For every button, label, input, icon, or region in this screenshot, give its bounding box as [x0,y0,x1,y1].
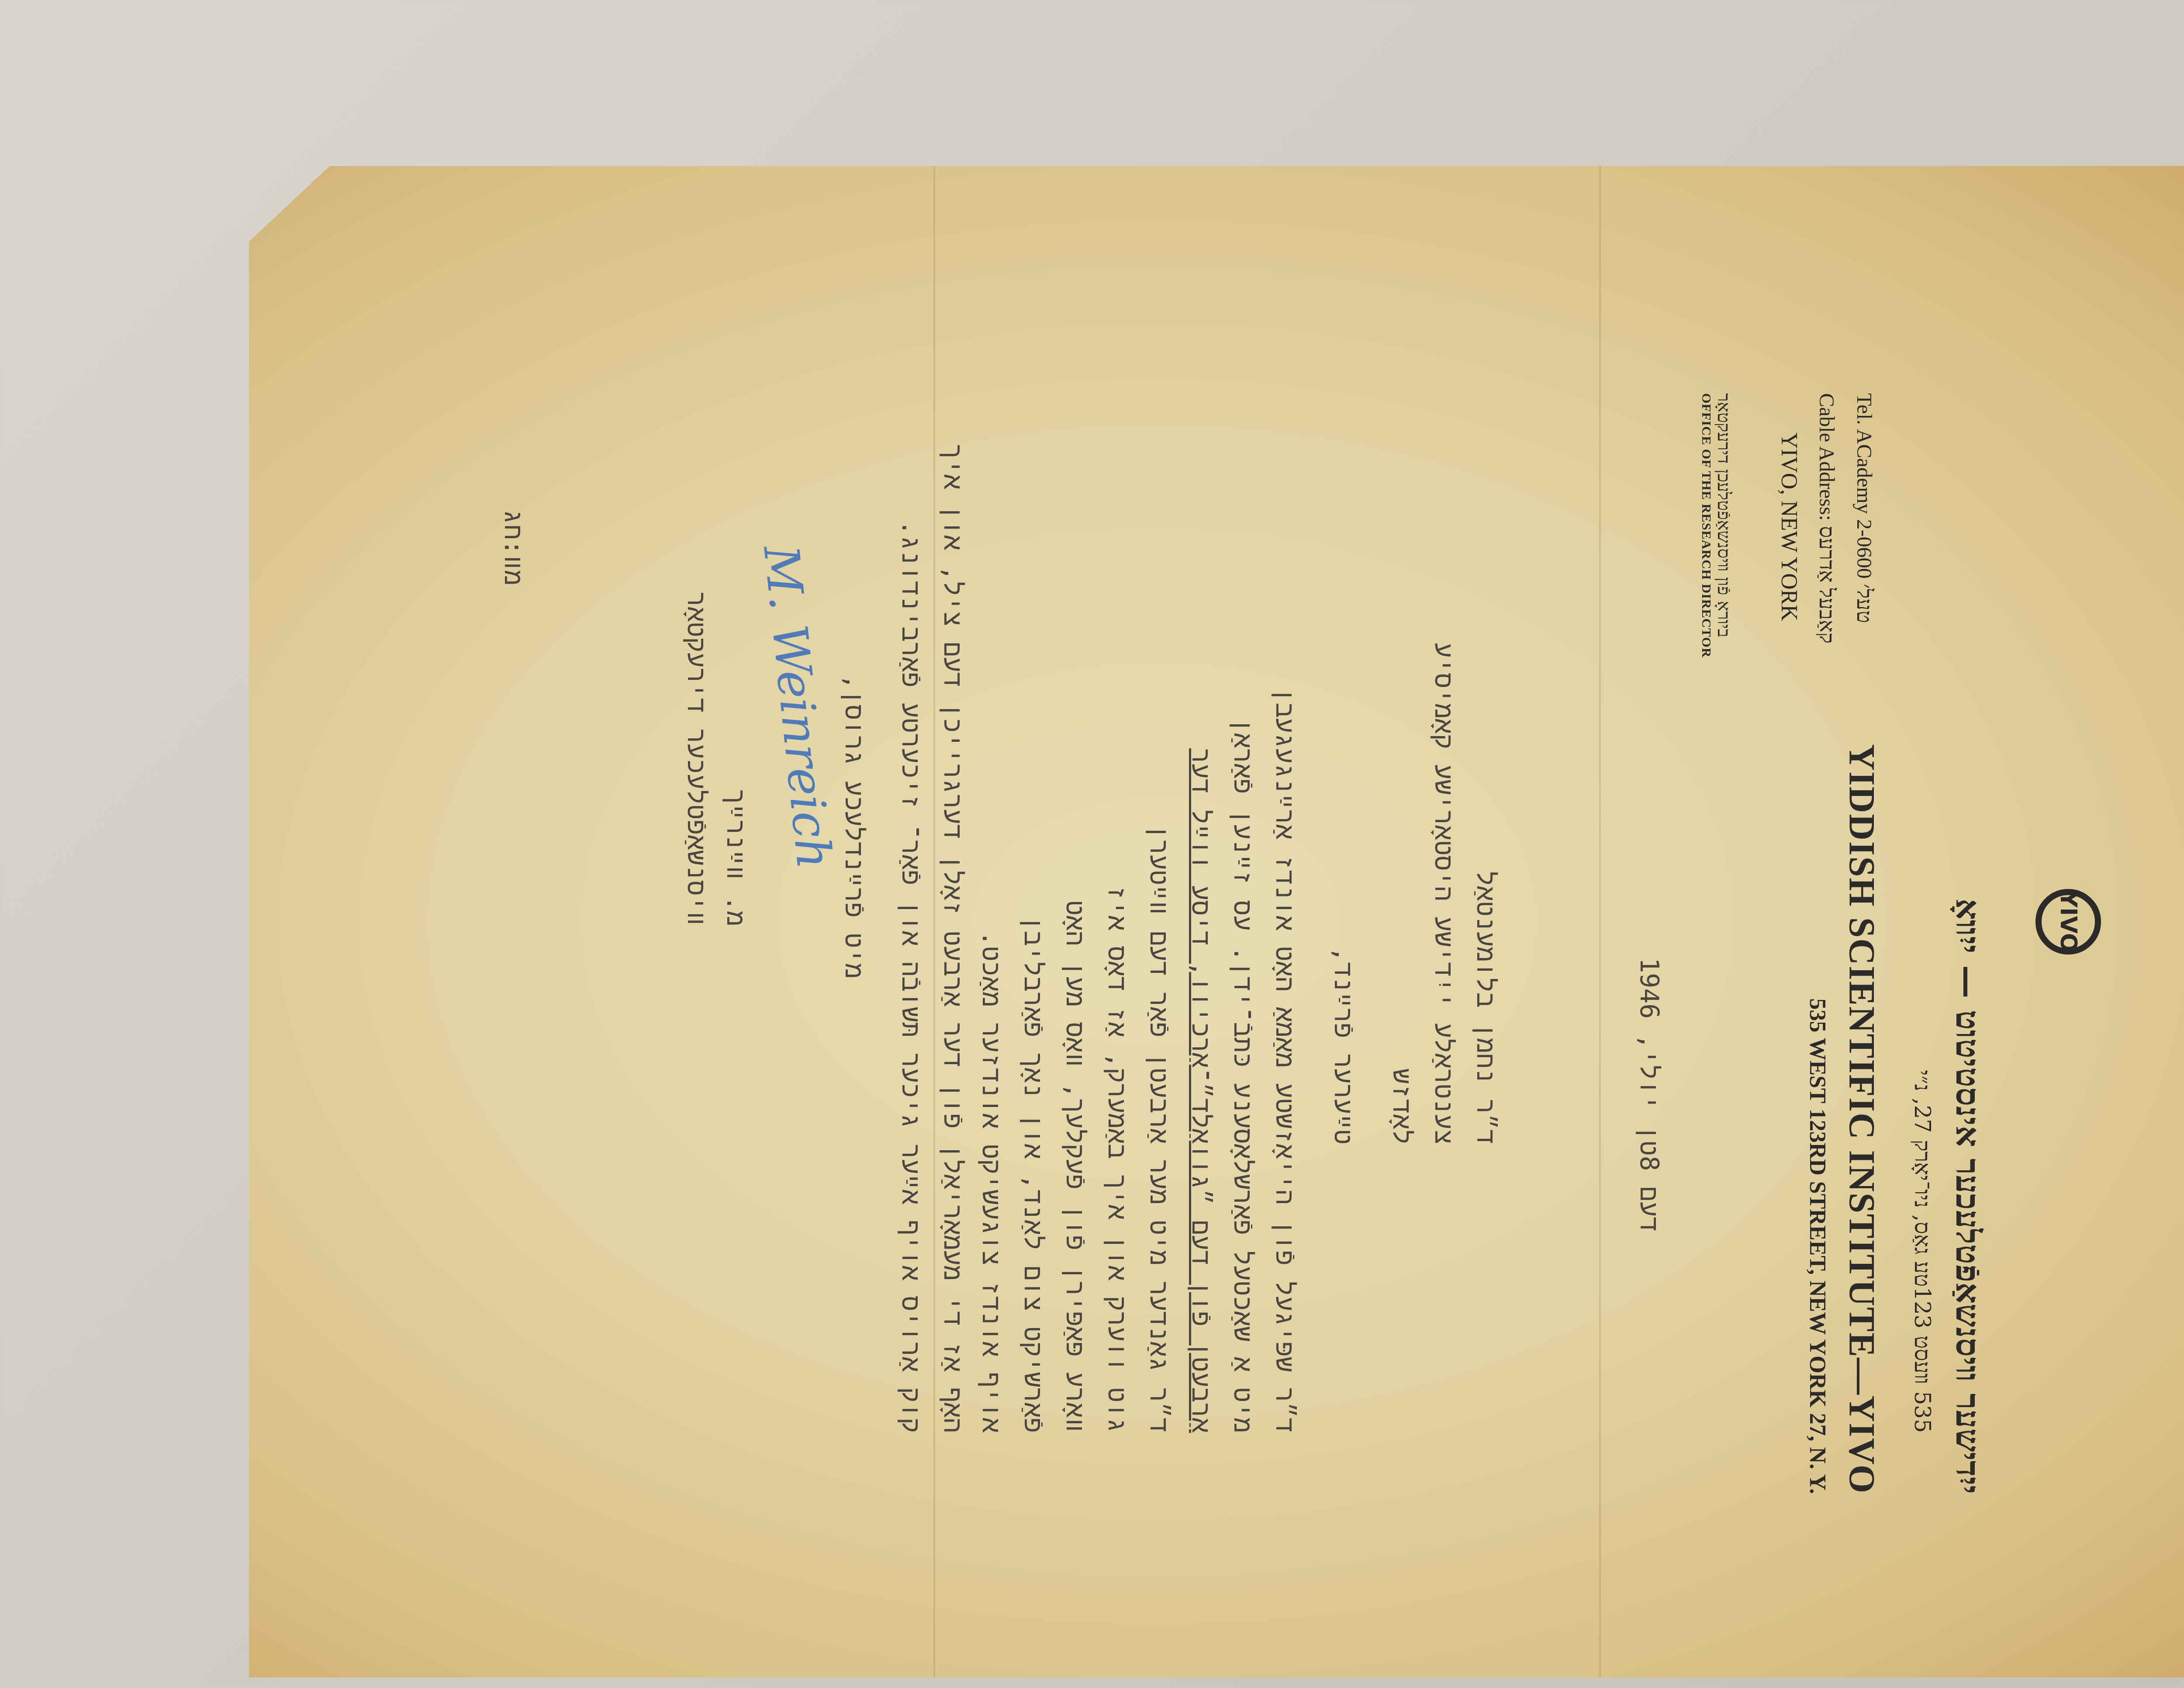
addressee-line: לאָדזש [1381,643,1423,1145]
body-line: אויף אונדז צוגעשיקט אונדזער מאַכט. [971,428,1013,1433]
addressee-line: צענטראַלע ייִדישע היסטאָרישע קאָמיסיע [1423,643,1465,1145]
addressee-block: ד״ר נחמן בלומענטאַל צענטראַלע ייִדישע הי… [1381,643,1507,1145]
letter: YIVO ייִדישער װיסנשאַפֿטלעכער אינסטיטוט … [249,166,2184,1678]
body-line: ד״ר שפּיגעל פֿון הייאָזשטע מאַמאַ האָט א… [1264,428,1306,1433]
salutation: טײַערער פֿרײַנד, [1327,947,1358,1145]
letter-date: דעם 8טן יולי, 1946 [1633,958,1664,1232]
telephone: Tel. ACademy 2-0600 טעל׳ [1845,393,1883,830]
signer-name: מ. װײַנרײַך [716,591,756,926]
office-english: OFFICE OF THE RESEARCH DIRECTOR [1699,393,1714,917]
signer-title: װיסנשאַפֿטלעכער דירעקטאָר [677,591,716,926]
cable-city: YIVO, NEW YORK [1770,393,1807,830]
addressee-line: ד״ר נחמן בלומענטאַל [1465,643,1507,1145]
yivo-logo-icon: YIVO [2035,889,2101,955]
signer-block: מ. װײַנרײַך װיסנשאַפֿטלעכער דירעקטאָר [677,591,756,926]
office-label: ביוראָ פֿון װיסנשאַפֿטלעכן דירעקטאָר OFF… [1699,393,1734,917]
letterhead-address-yiddish: 535 װעסט 123טע גאַס, ניו־יאָרק 27, נ״י [1910,778,1935,1433]
body-line: גוט ווערק און איך באַמערק, אַז דאָס איז [1096,428,1138,1433]
closing-paragraph: האָף אַז די מעמאָריאַלן פֿון דער אַרבעט … [890,428,974,1433]
body-line: ד״ר גאַנדער מיט מער אַרבעטן פֿאַר דעם װײ… [1138,428,1180,1433]
letterhead-contact: Tel. ACademy 2-0600 טעל׳ Cable Address: … [1770,393,1883,830]
body-line: מיט אַ שאַכטעל פֿאַרשלאָסענע כּתבֿ־ידן. … [1222,428,1264,1433]
cable-address: Cable Address: קאַבעל אַדרעס [1807,393,1845,830]
closing: מיט פֿרײַנדלעכע גרוסן, [838,675,869,979]
body-line: אַרבעטן פֿון דעם ״גוואַלד״־אַרכיוו, דיסע… [1180,428,1222,1433]
body-line: פֿאַרשיקט צום לאַנד, און נאָך פֿאַרבליבן [1013,428,1054,1433]
letterhead-name-yiddish: ייִדישער װיסנשאַפֿטלעכער אינסטיטוט — ייִ… [1948,708,1987,1494]
document-photo: YIVO ייִדישער װיסנשאַפֿטלעכער אינסטיטוט … [249,166,2184,1678]
handwritten-signature: M. Weinreich [753,543,843,871]
body-line: װאָרע פּאַפּירן פֿון פֿעקלעך, װאָס מען ה… [1054,428,1096,1433]
letter-body: ד״ר שפּיגעל פֿון הייאָזשטע מאַמאַ האָט א… [971,428,1306,1433]
reference-initials: מװ:חג [497,509,529,585]
office-yiddish: ביוראָ פֿון װיסנשאַפֿטלעכן דירעקטאָר [1714,393,1734,917]
letter-paper: YIVO ייִדישער װיסנשאַפֿטלעכער אינסטיטוט … [249,166,2184,1678]
